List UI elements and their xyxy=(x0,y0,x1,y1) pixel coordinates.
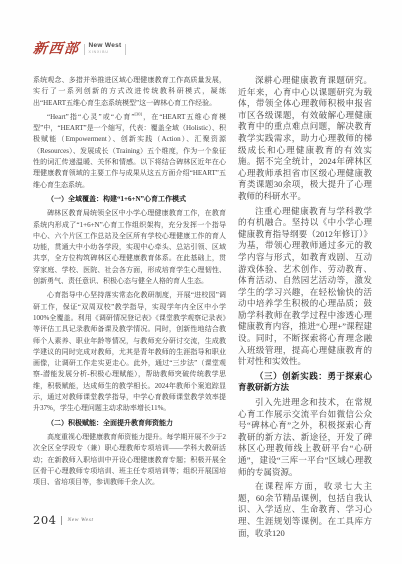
right-column: 深耕心理健康教育课题研究。近年来，心育中心以课题研究为载体，带领全体心理教师积极… xyxy=(238,75,372,542)
footer-divider xyxy=(61,516,62,525)
paragraph: 引入先进理念和技术，在常规心育工作展示交流平台如微信公众号“碑林心育”之外，积极… xyxy=(238,397,372,478)
paragraph: 高度重视心理健康教育师资能力提升。每学期开展不少于2次全区全学段专（兼）职心理教… xyxy=(33,432,226,488)
logo-en-block: New West XINXIBU xyxy=(89,43,122,55)
footnote-marker: [30] xyxy=(134,112,142,117)
paragraph: 心育指导中心坚持落实常态化教研制度，开展“进校园”调研工作，保证“双周双校”教学… xyxy=(33,290,226,414)
section-heading-1: （一）全域覆盖：构建“1+6+N”心育工作模式 xyxy=(33,194,226,205)
left-column: 系统观念、多措并举推进区域心理健康教育工作高质量发展，实行了一系列创新的方式改进… xyxy=(33,75,226,542)
magazine-logo: 新西部 New West XINXIBU xyxy=(33,42,130,56)
paragraph: 在课程库方面，收录七大主题，60余节精品课例，包括自我认识、入学适应、生命教育、… xyxy=(238,481,372,539)
logo-divider-right xyxy=(125,44,126,55)
paragraph-text: “Heart”指“心灵”或“心育” xyxy=(47,113,134,121)
article-body: 系统观念、多措并举推进区域心理健康教育工作高质量发展，实行了一系列创新的方式改进… xyxy=(33,75,372,542)
magazine-page: 新西部 New West XINXIBU 系统观念、多措并举推进区域心理健康教育… xyxy=(0,0,402,564)
logo-en-text: New West xyxy=(89,43,122,50)
logo-cn-text: 新西部 xyxy=(32,42,80,56)
page-footer: 204 New West xyxy=(33,515,94,527)
logo-divider xyxy=(84,44,85,55)
paragraph: 碑林区教育局统领全区中小学心理健康教育工作，在教育系统内形成了“1+6+N”心育… xyxy=(33,208,226,287)
paragraph: 深耕心理健康教育课题研究。近年来，心育中心以课题研究为载体，带领全体心理教师积极… xyxy=(238,75,372,203)
page-number: 204 xyxy=(33,515,56,527)
section-heading-2: （二）积极赋能：全面提升教育师资能力 xyxy=(33,418,226,429)
paragraph: “Heart”指“心灵”或“心育”[30]，在“HEART五维心育模型”中，“H… xyxy=(33,112,226,191)
paragraph-text: ，在“HEART五维心育模型”中，“HEART”是一个缩写，代表：覆盖全域（Ho… xyxy=(33,113,226,189)
paragraph: 注重心理健康教育与学科教学的有机融合。坚持以《中小学心理健康教育指导纲要（201… xyxy=(238,206,372,368)
section-heading-3: （三）创新实践：勇于探索心育教研新方法 xyxy=(238,371,372,394)
paragraph: 系统观念、多措并举推进区域心理健康教育工作高质量发展，实行了一系列创新的方式改进… xyxy=(33,75,226,109)
logo-tagline: XINXIBU xyxy=(89,51,122,55)
journal-name: New West xyxy=(67,518,93,524)
